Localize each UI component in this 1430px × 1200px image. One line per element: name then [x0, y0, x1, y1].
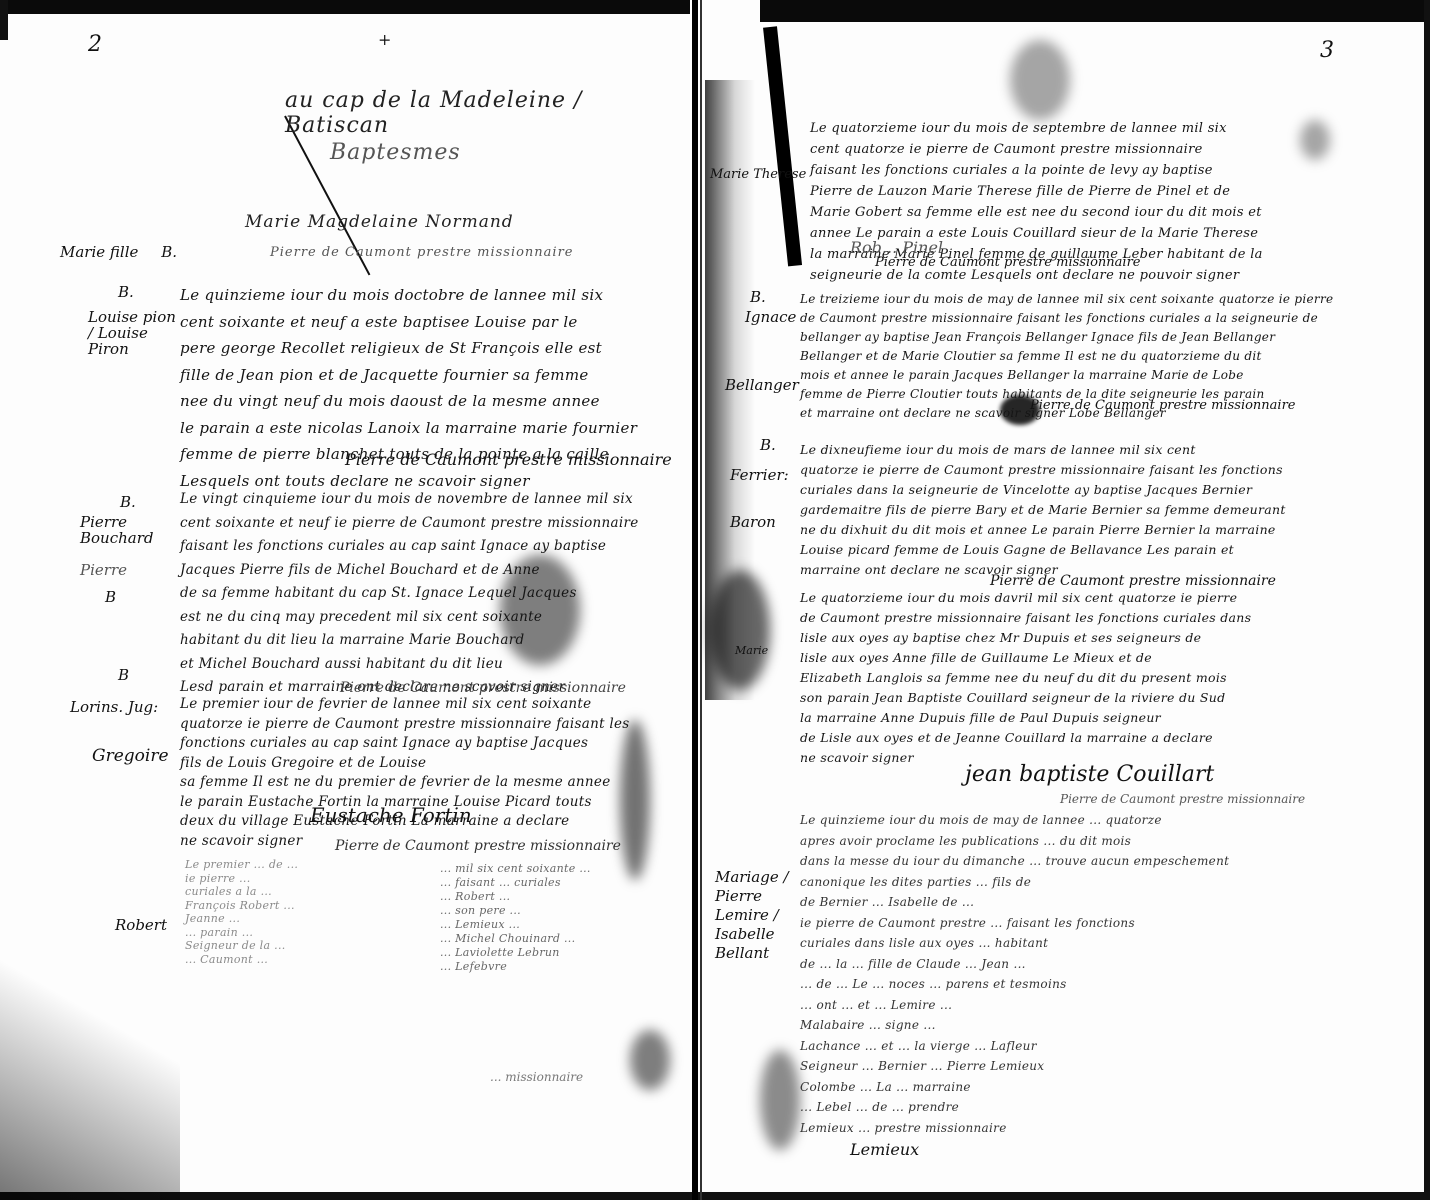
margin-note: Bellanger — [725, 378, 799, 394]
godparent-signature: jean baptiste Couillart — [965, 762, 1214, 787]
priest-signature: Pierre de Caumont prestre missionnaire — [990, 573, 1276, 589]
record-type-mark: B. — [161, 243, 177, 261]
witness-signature: Lemieux — [850, 1140, 919, 1159]
record-heading: Marie Magdelaine Normand — [245, 212, 514, 232]
register-entry-faded-fragment: ... mil six cent soixante ... ... faisan… — [440, 862, 591, 974]
folio-number: 2 — [88, 32, 102, 57]
register-entry-faded: Le premier ... de ... ie pierre ... curi… — [185, 858, 298, 966]
page-title: au cap de la Madeleine / Batiscan — [285, 88, 690, 138]
priest-signature: Pierre de Caumont prestre missionnaire — [1060, 792, 1305, 806]
margin-note: Ferrier: — [730, 468, 789, 484]
margin-note: Pierre — [80, 563, 127, 579]
record-heading-sub: Pierre de Caumont prestre missionnaire — [270, 245, 574, 260]
section-title: Baptesmes — [330, 140, 461, 165]
record-type-mark: B. — [120, 495, 136, 511]
priest-signature: Pierre de Caumont prestre missionnaire — [335, 838, 621, 854]
record-type-mark: B. — [750, 290, 766, 306]
header-cross-mark: + — [378, 30, 391, 49]
priest-signature: Pierre de Caumont prestre missionnaire — [1030, 398, 1296, 413]
margin-note: Louise pion / Louise Piron — [88, 310, 178, 357]
priest-signature: Pierre de Caumont prestre missionnaire — [875, 255, 1141, 270]
record-type-mark: B. — [760, 438, 776, 454]
margin-note: Marie Therese — [710, 168, 806, 182]
register-entry: Le premier iour de fevrier de lannee mil… — [180, 695, 630, 851]
register-entry: Le vingt cinquieme iour du mois de novem… — [180, 488, 639, 700]
margin-note: B — [105, 590, 116, 606]
register-entry-marriage: Le quinzieme iour du mois de may de lann… — [800, 810, 1229, 1138]
register-entry: Le quatorzieme iour du mois davril mil s… — [800, 588, 1251, 768]
margin-note: Robert — [115, 918, 167, 934]
book-binding-gutter — [692, 0, 698, 1200]
left-page: 2 + au cap de la Madeleine / Batiscan Ba… — [0, 0, 690, 1200]
margin-note-text: Marie fille — [60, 243, 138, 261]
priest-signature-faded: ... missionnaire — [490, 1070, 583, 1084]
record-type-mark: B. — [118, 285, 134, 301]
register-entry: Le dixneufieme iour du mois de mars de l… — [800, 440, 1286, 580]
margin-note: Baron — [730, 515, 776, 531]
margin-note: Lorins. Jug: — [70, 700, 158, 716]
record-type-mark: B — [118, 668, 129, 684]
witness-signature: Eustache Fortin — [310, 803, 472, 827]
margin-note-marriage: Mariage / Pierre Lemire / Isabelle Bella… — [715, 868, 795, 963]
margin-note: Ignace — [745, 310, 796, 326]
margin-note: Gregoire — [92, 748, 169, 766]
right-page: 3 Marie Therese B. Ignace Bellanger B. F… — [700, 0, 1430, 1200]
margin-note: Marie fille B. — [60, 245, 177, 261]
folio-number: 3 — [1320, 38, 1334, 63]
margin-note: Marie — [735, 645, 768, 657]
priest-signature: Pierre de Caumont prestre missionnaire — [345, 450, 672, 469]
priest-signature: Pierre de Caumont prestre missionnaire — [340, 680, 626, 696]
margin-note: Pierre Bouchard — [80, 515, 180, 547]
